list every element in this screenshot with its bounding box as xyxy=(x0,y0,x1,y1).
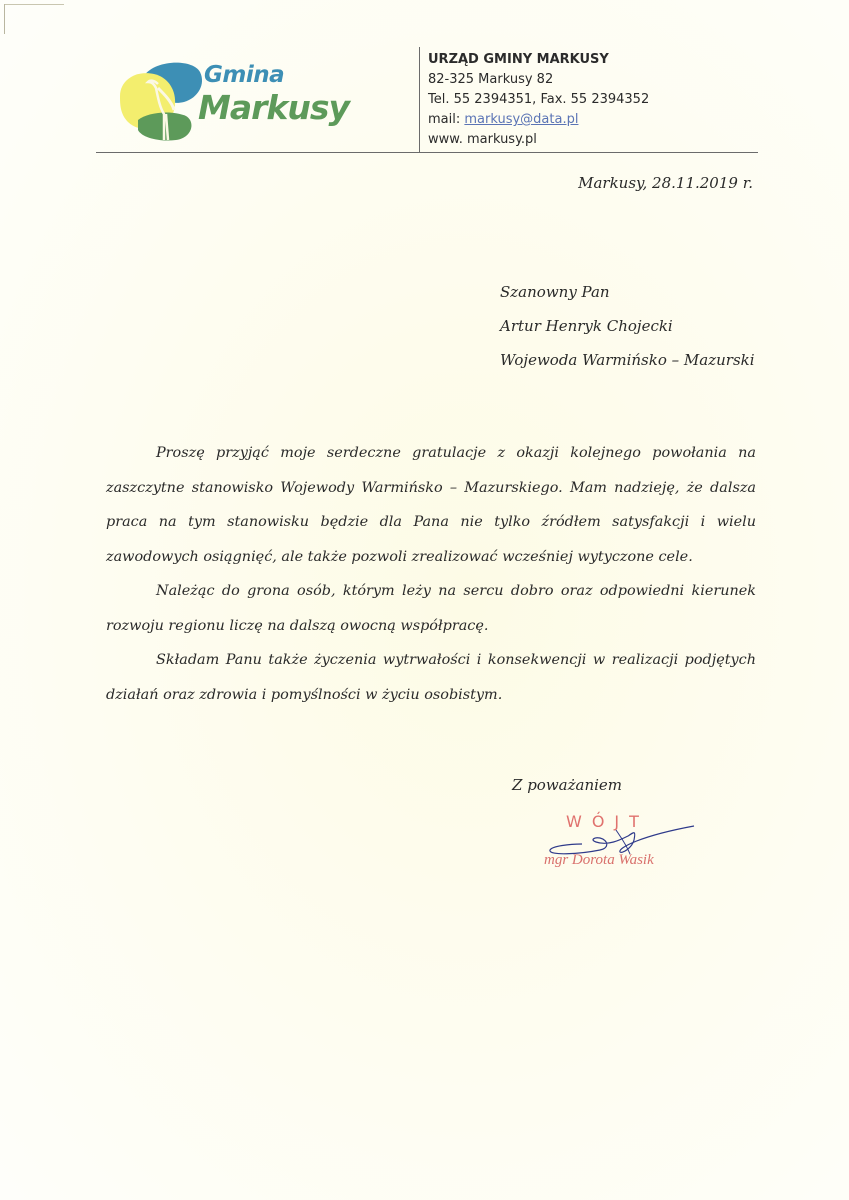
scan-edge xyxy=(4,4,64,5)
paragraph: Składam Panu także życzenia wytrwałości … xyxy=(106,643,756,712)
address: 82-325 Markusy 82 xyxy=(428,70,649,90)
recipient-title: Wojewoda Warmińsko – Mazurski xyxy=(500,343,755,377)
recipient-name: Artur Henryk Chojecki xyxy=(500,309,755,343)
email-label: mail: xyxy=(428,112,464,127)
email-link[interactable]: markusy@data.pl xyxy=(464,112,578,127)
logo-text-markusy: Markusy xyxy=(198,88,349,127)
closing: Z poważaniem xyxy=(512,776,622,794)
scan-edge xyxy=(4,4,5,34)
paragraph: Proszę przyjąć moje serdeczne gratulacje… xyxy=(106,436,756,574)
logo-text-gmina: Gmina xyxy=(204,62,284,88)
salutation: Szanowny Pan xyxy=(500,275,755,309)
letter-body: Proszę przyjąć moje serdeczne gratulacje… xyxy=(106,436,756,712)
stamp-name: mgr Dorota Wasik xyxy=(544,852,654,869)
paragraph: Należąc do grona osób, którym leży na se… xyxy=(106,574,756,643)
header-divider-vertical xyxy=(419,47,420,153)
signature-stamp: WÓJT mgr Dorota Wasik xyxy=(530,810,710,880)
contact-block: URZĄD GMINY MARKUSY 82-325 Markusy 82 Te… xyxy=(428,50,649,150)
header-divider-horizontal xyxy=(96,152,758,153)
municipality-logo: Gmina Markusy xyxy=(114,58,344,143)
email-line: mail: markusy@data.pl xyxy=(428,110,649,130)
phone-fax: Tel. 55 2394351, Fax. 55 2394352 xyxy=(428,90,649,110)
addressee-block: Szanowny Pan Artur Henryk Chojecki Wojew… xyxy=(500,275,755,377)
place-date: Markusy, 28.11.2019 r. xyxy=(578,174,753,192)
org-name: URZĄD GMINY MARKUSY xyxy=(428,50,649,70)
website: www. markusy.pl xyxy=(428,130,649,150)
